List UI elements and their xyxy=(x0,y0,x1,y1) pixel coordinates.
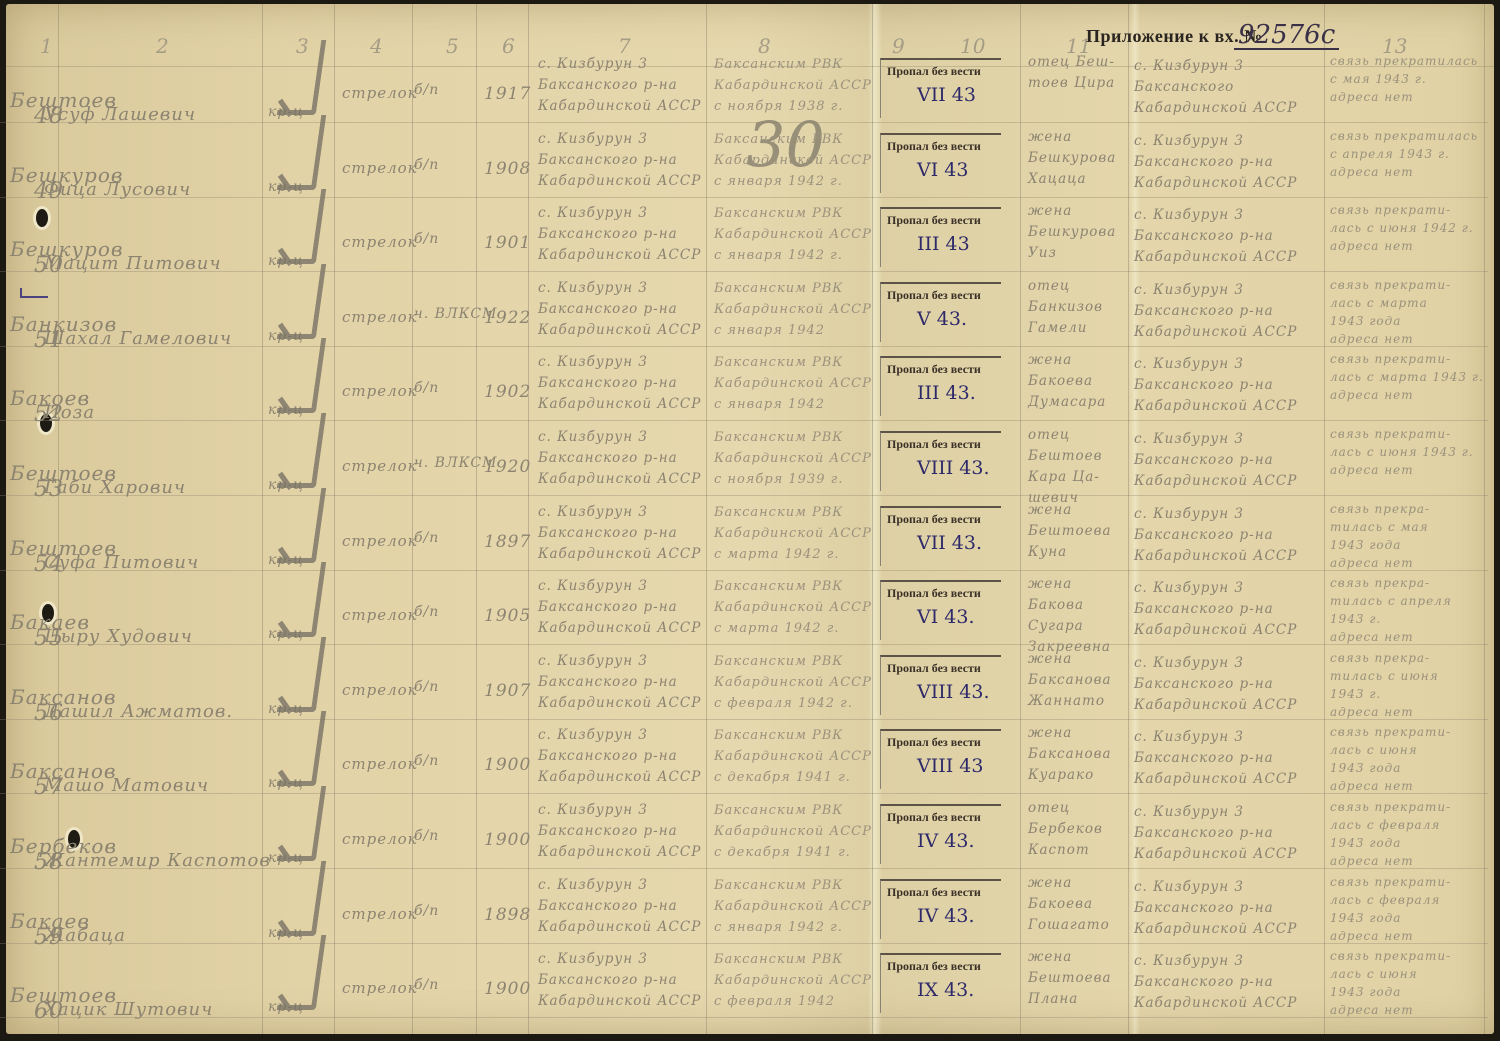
checkmark-icon xyxy=(277,40,327,115)
remarks: связь прекра- тилась с апреля 1943 г. ад… xyxy=(1330,574,1452,646)
conscription-office: Баксанским РВК Кабардинской АССР с февра… xyxy=(714,651,872,714)
remarks: связь прекра- тилась с июня 1943 г. адре… xyxy=(1330,649,1439,721)
table-row: 57 Баксанов Машо Матович кр-ц стрелок б/… xyxy=(0,719,1488,793)
remarks: связь прекрати- лась с июня 1943 г. адре… xyxy=(1330,425,1474,479)
stamp-label: Пропал без вести xyxy=(887,735,981,750)
missing-stamp: Пропал без вести III 43 xyxy=(880,207,1001,267)
missing-stamp: Пропал без вести VIII 43. xyxy=(880,431,1001,491)
checkmark-icon xyxy=(277,488,327,563)
checkmark-icon xyxy=(277,264,327,339)
missing-date: III 43 xyxy=(917,233,970,255)
table-row: 48 Бештоев Усуф Лашевич кр-ц стрелок б/п… xyxy=(0,48,1488,122)
position: стрелок xyxy=(342,681,418,699)
conscription-office: Баксанским РВК Кабардинской АССР с январ… xyxy=(714,875,872,938)
next-of-kin: жена Бештоева Плана xyxy=(1028,947,1112,1010)
next-of-kin: жена Бештоева Куна xyxy=(1028,500,1112,563)
remarks: связь прекратилась с мая 1943 г. адреса … xyxy=(1330,52,1478,106)
birth-place: с. Кизбурун 3 Баксанского р-на Кабардинс… xyxy=(538,725,701,788)
remarks: связь прекрати- лась с июня 1943 года ад… xyxy=(1330,947,1451,1019)
birth-place: с. Кизбурун 3 Баксанского р-на Кабардинс… xyxy=(538,427,701,490)
missing-date: VII 43. xyxy=(917,532,982,554)
table-row: 52 Бакоев Иоза кр-ц стрелок б/п 1902 с. … xyxy=(0,346,1488,420)
missing-stamp: Пропал без вести VII 43. xyxy=(880,506,1001,566)
kin-address: с. Кизбурун 3 Баксанского р-на Кабардинс… xyxy=(1134,504,1297,567)
checkmark-icon xyxy=(277,338,327,413)
position: стрелок xyxy=(342,84,418,102)
next-of-kin: жена Баксанова Куарако xyxy=(1028,723,1112,786)
party-affiliation: б/п xyxy=(414,157,439,173)
missing-date: IV 43. xyxy=(917,830,974,852)
conscription-office: Баксанским РВК Кабардинской АССР с марта… xyxy=(714,502,872,565)
remarks: связь прекрати- лась с февраля 1943 года… xyxy=(1330,873,1451,945)
next-of-kin: отец Банкизов Гамели xyxy=(1028,276,1103,339)
next-of-kin: жена Бакоева Думасара xyxy=(1028,350,1106,413)
stamp-label: Пропал без вести xyxy=(887,885,981,900)
next-of-kin: жена Бакоева Гошагато xyxy=(1028,873,1110,936)
missing-stamp: Пропал без вести VI 43 xyxy=(880,133,1001,193)
birth-year: 1905 xyxy=(484,606,531,626)
birth-year: 1900 xyxy=(484,979,531,999)
stamp-label: Пропал без вести xyxy=(887,661,981,676)
stamp-label: Пропал без вести xyxy=(887,288,981,303)
position: стрелок xyxy=(342,457,418,475)
table-row: 58 Бербеков Жантемир Каспотов кр-ц стрел… xyxy=(0,794,1488,868)
next-of-kin: жена Баксанова Жаннато xyxy=(1028,649,1112,712)
missing-date: VIII 43. xyxy=(917,681,990,703)
birth-year: 1908 xyxy=(484,159,531,179)
conscription-office: Баксанским РВК Кабардинской АССР с январ… xyxy=(714,278,872,341)
stamp-label: Пропал без вести xyxy=(887,512,981,527)
kin-address: с. Кизбурун 3 Баксанского р-на Кабардинс… xyxy=(1134,877,1297,940)
checkmark-icon xyxy=(277,562,327,637)
missing-stamp: Пропал без вести VII 43 xyxy=(880,58,1001,118)
missing-stamp: Пропал без вести VI 43. xyxy=(880,580,1001,640)
remarks: связь прекрати- лась с марта 1943 г. адр… xyxy=(1330,350,1484,404)
birth-year: 1920 xyxy=(484,457,531,477)
row-rule xyxy=(0,1017,1488,1018)
missing-stamp: Пропал без вести IV 43. xyxy=(880,804,1001,864)
position: стрелок xyxy=(342,233,418,251)
birth-place: с. Кизбурун 3 Баксанского р-на Кабардинс… xyxy=(538,576,701,639)
table-row: 49 Бешкуров Фица Лусович кр-ц стрелок б/… xyxy=(0,123,1488,197)
position: стрелок xyxy=(342,308,418,326)
conscription-office: Баксанским РВК Кабардинской АССР с ноябр… xyxy=(714,54,872,117)
birth-year: 1900 xyxy=(484,755,531,775)
kin-address: с. Кизбурун 3 Баксанского Кабардинской А… xyxy=(1134,56,1297,119)
document-reference-number: 92576с xyxy=(1234,22,1339,50)
checkmark-icon xyxy=(277,189,327,264)
birth-year: 1907 xyxy=(484,681,531,701)
birth-place: с. Кизбурун 3 Баксанского р-на Кабардинс… xyxy=(538,949,701,1012)
checkmark-icon xyxy=(277,637,327,712)
stamp-label: Пропал без вести xyxy=(887,959,981,974)
missing-stamp: Пропал без вести VIII 43 xyxy=(880,729,1001,789)
stamp-label: Пропал без вести xyxy=(887,810,981,825)
party-affiliation: б/п xyxy=(414,530,439,546)
party-affiliation: б/п xyxy=(414,977,439,993)
table-row: 55 Бакаев Цыру Худович кр-ц стрелок б/п … xyxy=(0,570,1488,644)
checkmark-icon xyxy=(277,115,327,190)
remarks: связь прекрати- лась с июня 1942 г. адре… xyxy=(1330,201,1474,255)
position: стрелок xyxy=(342,159,418,177)
party-affiliation: б/п xyxy=(414,380,439,396)
party-affiliation: б/п xyxy=(414,903,439,919)
conscription-office: Баксанским РВК Кабардинской АССР с январ… xyxy=(714,352,872,415)
birth-year: 1897 xyxy=(484,532,531,552)
missing-stamp: Пропал без вести VIII 43. xyxy=(880,655,1001,715)
next-of-kin: отец Бербеков Каспот xyxy=(1028,798,1103,861)
birth-year: 1898 xyxy=(484,905,531,925)
missing-date: VII 43 xyxy=(917,84,976,106)
missing-stamp: Пропал без вести IX 43. xyxy=(880,953,1001,1013)
conscription-office: Баксанским РВК Кабардинской АССР с январ… xyxy=(714,203,872,266)
party-affiliation: б/п xyxy=(414,604,439,620)
party-affiliation: б/п xyxy=(414,679,439,695)
table-row: 54 Бештоев Суфа Питович кр-ц стрелок б/п… xyxy=(0,496,1488,570)
conscription-office: Баксанским РВК Кабардинской АССР с декаб… xyxy=(714,725,872,788)
remarks: связь прекра- тилась с мая 1943 года адр… xyxy=(1330,500,1430,572)
remarks: связь прекрати- лась с июня 1943 года ад… xyxy=(1330,723,1451,795)
birth-place: с. Кизбурун 3 Баксанского р-на Кабардинс… xyxy=(538,352,701,415)
position: стрелок xyxy=(342,532,418,550)
conscription-office: Баксанским РВК Кабардинской АССР с февра… xyxy=(714,949,872,1012)
checkmark-icon xyxy=(277,935,327,1010)
birth-place: с. Кизбурун 3 Баксанского р-на Кабардинс… xyxy=(538,800,701,863)
position: стрелок xyxy=(342,979,418,997)
birth-place: с. Кизбурун 3 Баксанского р-на Кабардинс… xyxy=(538,875,701,938)
table-row: 51 Банкизов Шахал Гамелович кр-ц стрелок… xyxy=(0,272,1488,346)
missing-stamp: Пропал без вести IV 43. xyxy=(880,879,1001,939)
stamp-label: Пропал без вести xyxy=(887,64,981,79)
birth-place: с. Кизбурун 3 Баксанского р-на Кабардинс… xyxy=(538,278,701,341)
position: стрелок xyxy=(342,905,418,923)
stamp-label: Пропал без вести xyxy=(887,362,981,377)
position: стрелок xyxy=(342,755,418,773)
missing-date: III 43. xyxy=(917,382,976,404)
birth-year: 1917 xyxy=(484,84,531,104)
position: стрелок xyxy=(342,606,418,624)
missing-stamp: Пропал без вести V 43. xyxy=(880,282,1001,342)
table-row: 50 Бешкуров Мацит Питович кр-ц стрелок б… xyxy=(0,197,1488,271)
stamp-label: Пропал без вести xyxy=(887,586,981,601)
missing-date: VI 43 xyxy=(917,159,968,181)
position: стрелок xyxy=(342,382,418,400)
birth-year: 1902 xyxy=(484,382,531,402)
kin-address: с. Кизбурун 3 Баксанского р-на Кабардинс… xyxy=(1134,429,1297,492)
table-row: 53 Бештоев Габи Харович кр-ц стрелок ч. … xyxy=(0,421,1488,495)
kin-address: с. Кизбурун 3 Баксанского р-на Кабардинс… xyxy=(1134,578,1297,641)
birth-place: с. Кизбурун 3 Баксанского р-на Кабардинс… xyxy=(538,502,701,565)
stamp-label: Пропал без вести xyxy=(887,213,981,228)
next-of-kin: жена Бешкурова Уиз xyxy=(1028,201,1116,264)
checkmark-icon xyxy=(277,413,327,488)
missing-date: IV 43. xyxy=(917,905,974,927)
remarks: связь прекратилась с апреля 1943 г. адре… xyxy=(1330,127,1478,181)
stamp-label: Пропал без вести xyxy=(887,139,981,154)
missing-date: VI 43. xyxy=(917,606,974,628)
table-row: 56 Баксанов Дашил Ажматов. кр-ц стрелок … xyxy=(0,645,1488,719)
checkmark-icon xyxy=(277,786,327,861)
remarks: связь прекрати- лась с февраля 1943 года… xyxy=(1330,798,1451,870)
party-affiliation: б/п xyxy=(414,231,439,247)
checkmark-icon xyxy=(277,711,327,786)
birth-place: с. Кизбурун 3 Баксанского р-на Кабардинс… xyxy=(538,54,701,117)
kin-address: с. Кизбурун 3 Баксанского р-на Кабардинс… xyxy=(1134,802,1297,865)
checkmark-icon xyxy=(277,861,327,936)
conscription-office: Баксанским РВК Кабардинской АССР с ноябр… xyxy=(714,427,872,490)
stamp-label: Пропал без вести xyxy=(887,437,981,452)
conscription-office: Баксанским РВК Кабардинской АССР с марта… xyxy=(714,576,872,639)
remarks: связь прекрати- лась с марта 1943 года а… xyxy=(1330,276,1451,348)
table-row: 59 Бакаев Жабаца кр-ц стрелок б/п 1898 с… xyxy=(0,869,1488,943)
position: стрелок xyxy=(342,830,418,848)
conscription-office: Баксанским РВК Кабардинской АССР с январ… xyxy=(714,129,872,192)
missing-date: VIII 43 xyxy=(917,755,983,777)
kin-address: с. Кизбурун 3 Баксанского р-на Кабардинс… xyxy=(1134,205,1297,268)
missing-stamp: Пропал без вести III 43. xyxy=(880,356,1001,416)
missing-date: VIII 43. xyxy=(917,457,990,479)
next-of-kin: отец Беш- тоев Цира xyxy=(1028,52,1115,94)
birth-place: с. Кизбурун 3 Баксанского р-на Кабардинс… xyxy=(538,651,701,714)
missing-date: V 43. xyxy=(917,308,967,330)
birth-year: 1922 xyxy=(484,308,531,328)
kin-address: с. Кизбурун 3 Баксанского р-на Кабардинс… xyxy=(1134,727,1297,790)
birth-place: с. Кизбурун 3 Баксанского р-на Кабардинс… xyxy=(538,129,701,192)
party-affiliation: б/п xyxy=(414,828,439,844)
birth-year: 1900 xyxy=(484,830,531,850)
table-row: 60 Бештоев Хацик Шутович кр-ц стрелок б/… xyxy=(0,943,1488,1017)
kin-address: с. Кизбурун 3 Баксанского р-на Кабардинс… xyxy=(1134,131,1297,194)
birth-place: с. Кизбурун 3 Баксанского р-на Кабардинс… xyxy=(538,203,701,266)
conscription-office: Баксанским РВК Кабардинской АССР с декаб… xyxy=(714,800,872,863)
missing-date: IX 43. xyxy=(917,979,974,1001)
kin-address: с. Кизбурун 3 Баксанского р-на Кабардинс… xyxy=(1134,951,1297,1014)
party-affiliation: б/п xyxy=(414,82,439,98)
kin-address: с. Кизбурун 3 Баксанского р-на Кабардинс… xyxy=(1134,653,1297,716)
kin-address: с. Кизбурун 3 Баксанского р-на Кабардинс… xyxy=(1134,354,1297,417)
next-of-kin: жена Бешкурова Хацаца xyxy=(1028,127,1116,190)
kin-address: с. Кизбурун 3 Баксанского р-на Кабардинс… xyxy=(1134,280,1297,343)
party-affiliation: б/п xyxy=(414,753,439,769)
birth-year: 1901 xyxy=(484,233,531,253)
